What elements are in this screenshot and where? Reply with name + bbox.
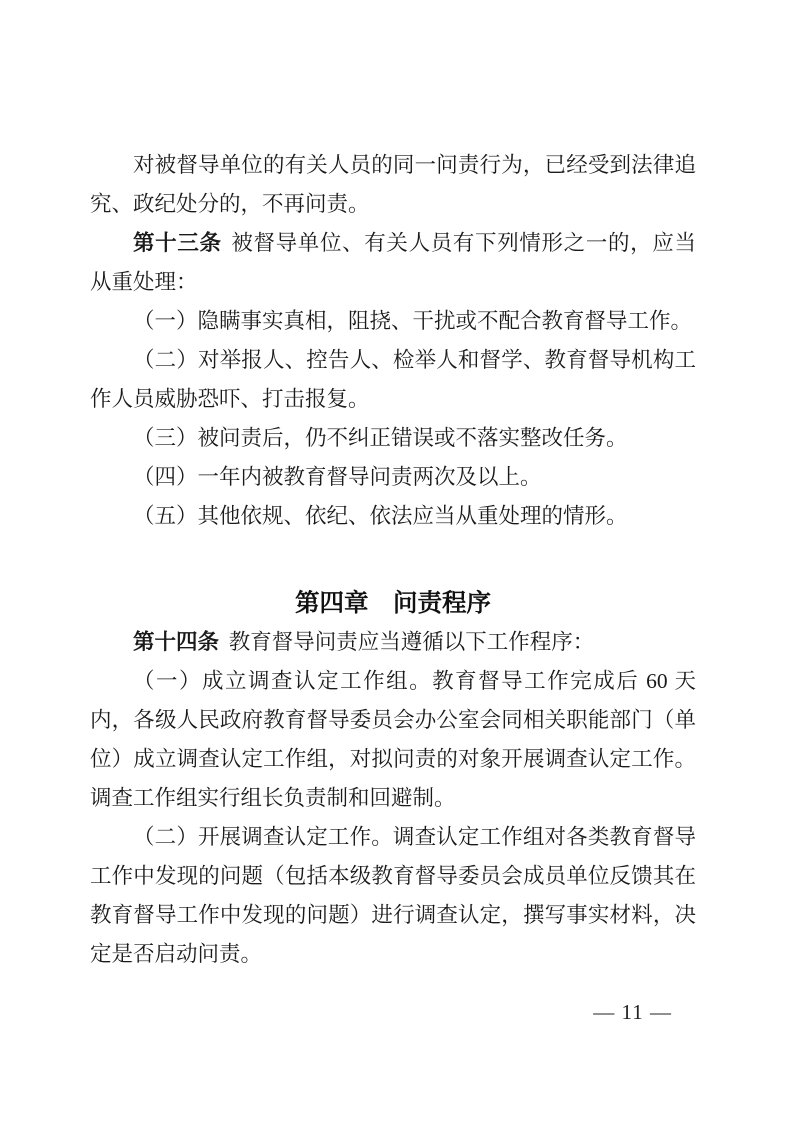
article-13-item-2: （二）对举报人、控告人、检举人和督学、教育督导机构工作人员威胁恐吓、打击报复。 bbox=[90, 341, 696, 419]
document-page: 对被督导单位的有关人员的同一问责行为，已经受到法律追究、政纪处分的，不再问责。 … bbox=[0, 0, 793, 1122]
paragraph-article-13: 第十三条被督导单位、有关人员有下列情形之一的，应当从重处理： bbox=[90, 224, 696, 302]
article-14-item-2: （二）开展调查认定工作。调查认定工作组对各类教育督导工作中发现的问题（包括本级教… bbox=[90, 818, 696, 974]
article-13-item-5: （五）其他依规、依纪、依法应当从重处理的情形。 bbox=[90, 497, 696, 536]
article-13-item-4: （四）一年内被教育督导问责两次及以上。 bbox=[90, 458, 696, 497]
article-14-label: 第十四条 bbox=[133, 630, 219, 654]
paragraph-article-14: 第十四条教育督导问责应当遵循以下工作程序： bbox=[90, 623, 696, 662]
article-14-text: 教育督导问责应当遵循以下工作程序： bbox=[229, 630, 595, 654]
document-content: 对被督导单位的有关人员的同一问责行为，已经受到法律追究、政纪处分的，不再问责。 … bbox=[90, 146, 696, 974]
article-13-item-1: （一）隐瞒事实真相，阻挠、干扰或不配合教育督导工作。 bbox=[90, 302, 696, 341]
article-14-item-1: （一）成立调查认定工作组。教育督导工作完成后 60 天内，各级人民政府教育督导委… bbox=[90, 662, 696, 818]
paragraph-intro: 对被督导单位的有关人员的同一问责行为，已经受到法律追究、政纪处分的，不再问责。 bbox=[90, 146, 696, 224]
chapter-4-heading: 第四章 问责程序 bbox=[90, 584, 696, 623]
article-13-item-3: （三）被问责后，仍不纠正错误或不落实整改任务。 bbox=[90, 419, 696, 458]
page-number: — 11 — bbox=[593, 999, 672, 1025]
article-13-label: 第十三条 bbox=[133, 231, 222, 255]
